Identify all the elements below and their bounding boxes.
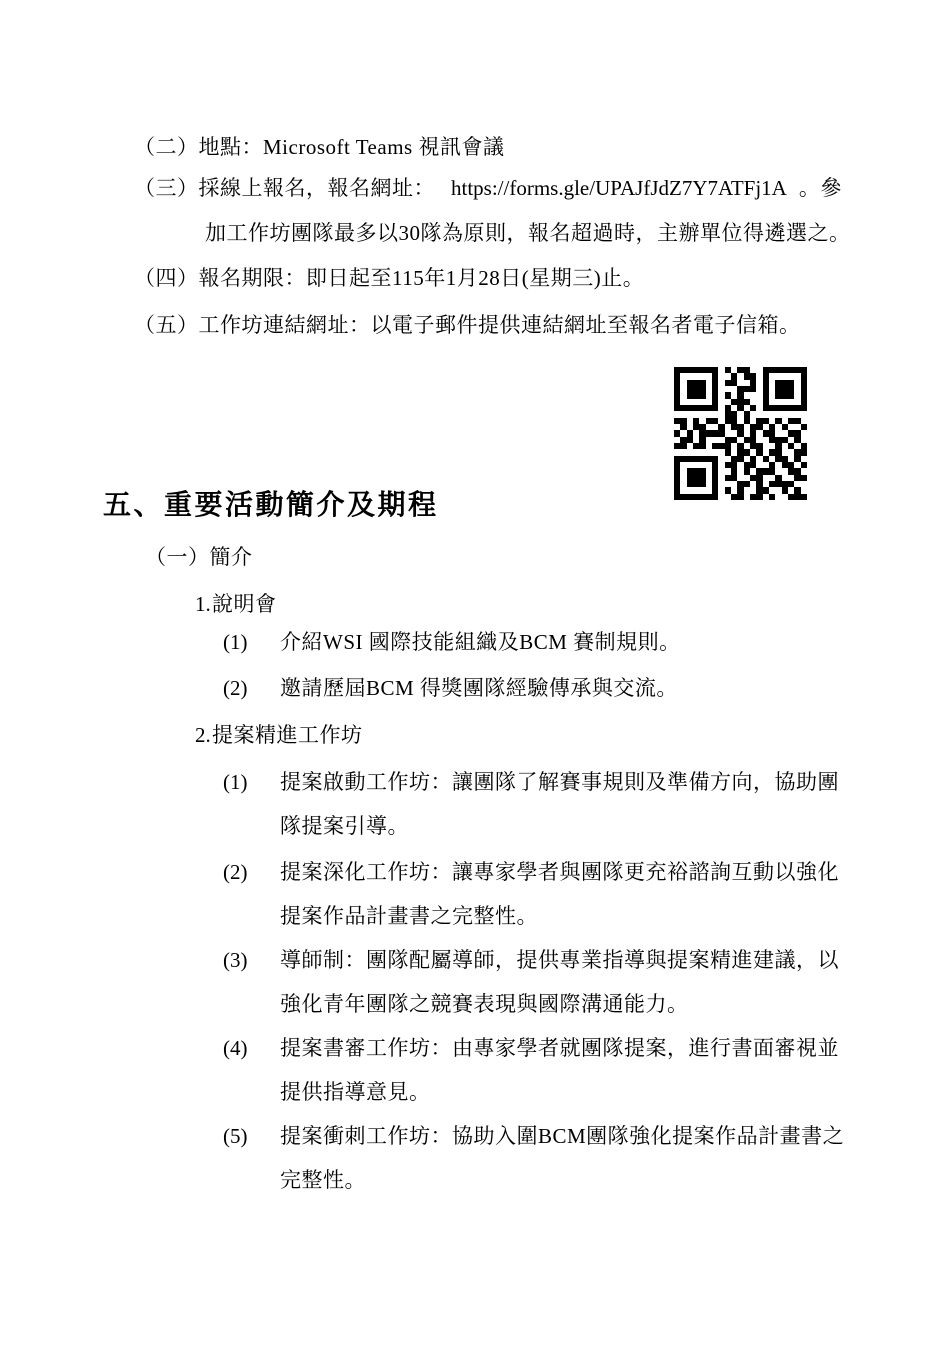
list-item-briefing: 1.說明會 [195,592,277,617]
list-item-mentor-line1: (3)導師制：團隊配屬導師，提供專業指導與提案精進建議，以 [223,948,839,973]
item-text: 報名期限：即日起至115年1月28日(星期三)止。 [199,266,645,290]
list-item-sprint-line2: 完整性。 [280,1168,366,1193]
item-number: 2. [195,723,212,748]
item-text: 導師制：團隊配屬導師，提供專業指導與提案精進建議，以 [280,948,839,972]
list-item-deadline: （四）報名期限：即日起至115年1月28日(星期三)止。 [134,266,644,291]
item-text: 地點：Microsoft Teams 視訊會議 [199,135,505,159]
list-item-sprint-line1: (5)提案衝刺工作坊：協助入圍BCM團隊強化提案作品計畫書之 [223,1124,844,1149]
list-item-deepening-line1: (2)提案深化工作坊：讓專家學者與團隊更充裕諮詢互動以強化 [223,860,839,885]
item-text: 提案書審工作坊：由專家學者就團隊提案，進行書面審視並 [280,1036,839,1060]
section-heading: 五、重要活動簡介及期程 [103,483,439,523]
list-item-workshop-link: （五）工作坊連結網址：以電子郵件提供連結網址至報名者電子信箱。 [134,313,801,338]
item-text: 簡介 [210,545,253,569]
list-item-workshops: 2.提案精進工作坊 [195,723,363,748]
item-number: 1. [195,592,212,617]
list-item-registration-line1: （三）採線上報名，報名網址：https://forms.gle/UPAJfJdZ… [134,176,842,201]
list-item-registration-line2: 加工作坊團隊最多以30隊為原則，報名超過時，主辦單位得遴選之。 [205,221,851,246]
list-item-briefing-2: (2)邀請歷屆BCM 得獎團隊經驗傳承與交流。 [223,676,678,701]
item-text: 提案作品計畫書之完整性。 [280,904,538,928]
item-text: 工作坊連結網址：以電子郵件提供連結網址至報名者電子信箱。 [199,313,801,337]
list-item-mentor-line2: 強化青年團隊之競賽表現與國際溝通能力。 [280,992,689,1017]
item-text: 加工作坊團隊最多以30隊為原則，報名超過時，主辦單位得遴選之。 [205,221,851,245]
item-number: (3) [223,948,280,973]
list-item-intro: （一）簡介 [145,545,253,570]
item-text: 提案啟動工作坊：讓團隊了解賽事規則及準備方向，協助團 [280,770,839,794]
list-item-kickoff-line2: 隊提案引導。 [280,814,409,839]
item-text: 提案衝刺工作坊：協助入圍BCM團隊強化提案作品計畫書之 [280,1124,844,1148]
item-number: （一） [145,545,210,569]
item-text: 強化青年團隊之競賽表現與國際溝通能力。 [280,992,689,1016]
item-text: 提案精進工作坊 [212,723,363,747]
registration-url: https://forms.gle/UPAJfJdZ7Y7ATFj1A [451,176,787,200]
item-text: 邀請歷屆BCM 得獎團隊經驗傳承與交流。 [280,676,678,700]
item-text: 隊提案引導。 [280,814,409,838]
item-number: （五） [134,313,199,337]
list-item-review-line2: 提供指導意見。 [280,1080,431,1105]
item-text: 提供指導意見。 [280,1080,431,1104]
item-number: (2) [223,860,280,885]
item-number: （三） [134,176,199,200]
item-number: (2) [223,676,280,701]
item-number: （二） [134,135,199,159]
list-item-deepening-line2: 提案作品計畫書之完整性。 [280,904,538,929]
list-item-location: （二）地點：Microsoft Teams 視訊會議 [134,135,504,160]
item-number: （四） [134,266,199,290]
item-number: (1) [223,770,280,795]
item-text: 提案深化工作坊：讓專家學者與團隊更充裕諮詢互動以強化 [280,860,839,884]
item-text: 介紹WSI 國際技能組織及BCM 賽制規則。 [280,630,681,654]
item-text: 。參 [799,176,842,200]
qr-module [801,494,807,500]
list-item-kickoff-line1: (1)提案啟動工作坊：讓團隊了解賽事規則及準備方向，協助團 [223,770,839,795]
document-page: （二）地點：Microsoft Teams 視訊會議 （三）採線上報名，報名網址… [0,0,951,1345]
item-number: (5) [223,1124,280,1149]
item-text: 採線上報名，報名網址： [199,176,436,200]
list-item-briefing-1: (1)介紹WSI 國際技能組織及BCM 賽制規則。 [223,630,681,655]
item-text: 說明會 [212,592,277,616]
registration-qr-code [674,367,807,500]
item-number: (4) [223,1036,280,1061]
list-item-review-line1: (4)提案書審工作坊：由專家學者就團隊提案，進行書面審視並 [223,1036,839,1061]
item-text: 完整性。 [280,1168,366,1192]
item-number: (1) [223,630,280,655]
